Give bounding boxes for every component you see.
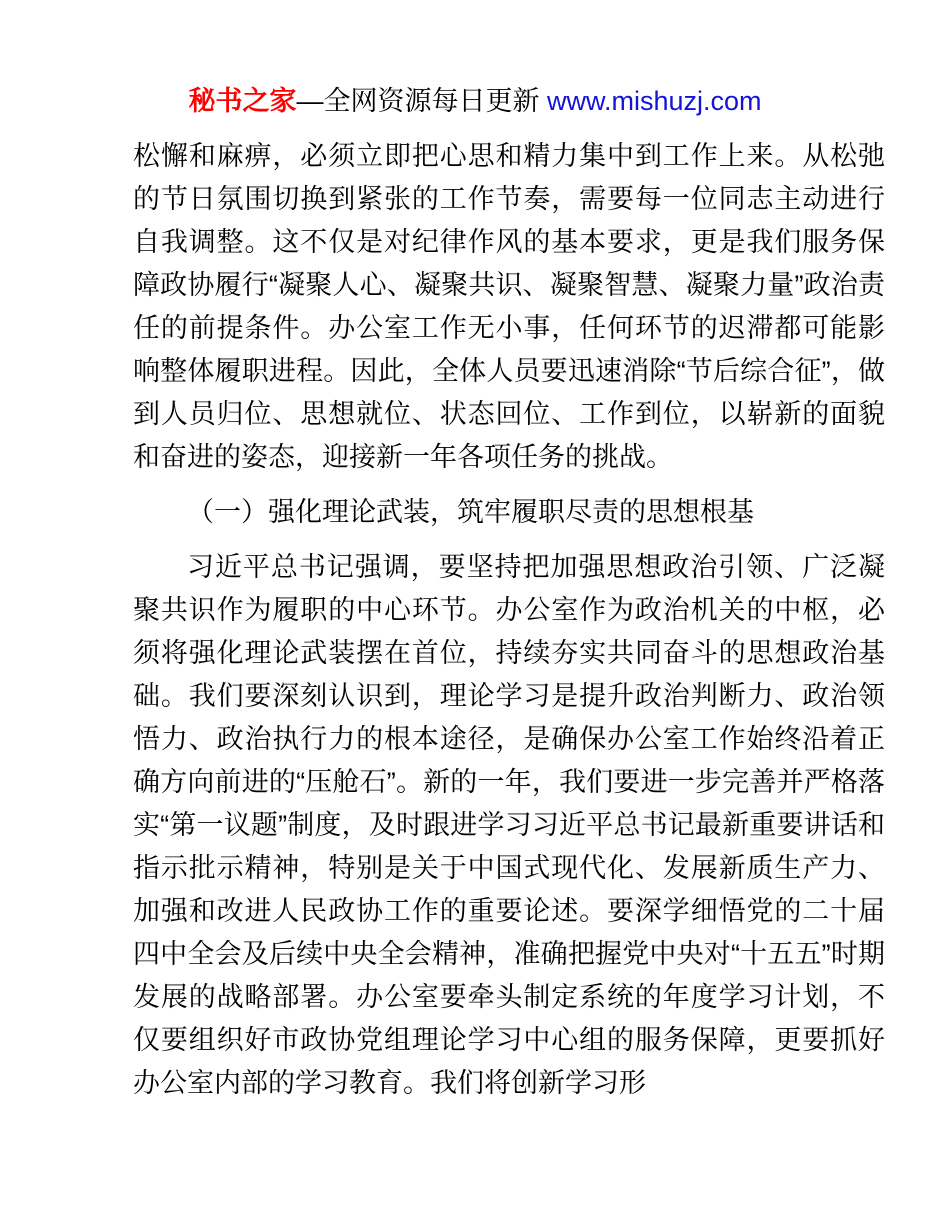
paragraph-continuation: 松懈和麻痹，必须立即把心思和精力集中到工作上来。从松弛的节日氛围切换到紧张的工作… — [133, 135, 885, 479]
site-tagline: —全网资源每日更新 — [296, 86, 547, 116]
section-heading: （一）强化理论武装，筑牢履职尽责的思想根基 — [133, 491, 885, 534]
document-page: 秘书之家—全网资源每日更新 www.mishuzj.com 松懈和麻痹，必须立即… — [0, 0, 950, 1230]
site-header: 秘书之家—全网资源每日更新 www.mishuzj.com — [0, 0, 950, 118]
site-name: 秘书之家 — [188, 86, 296, 116]
site-url-link[interactable]: www.mishuzj.com — [547, 86, 762, 116]
paragraph-body: 习近平总书记强调，要坚持把加强思想政治引领、广泛凝聚共识作为履职的中心环节。办公… — [133, 546, 885, 1105]
document-body: 松懈和麻痹，必须立即把心思和精力集中到工作上来。从松弛的节日氛围切换到紧张的工作… — [133, 135, 885, 1105]
